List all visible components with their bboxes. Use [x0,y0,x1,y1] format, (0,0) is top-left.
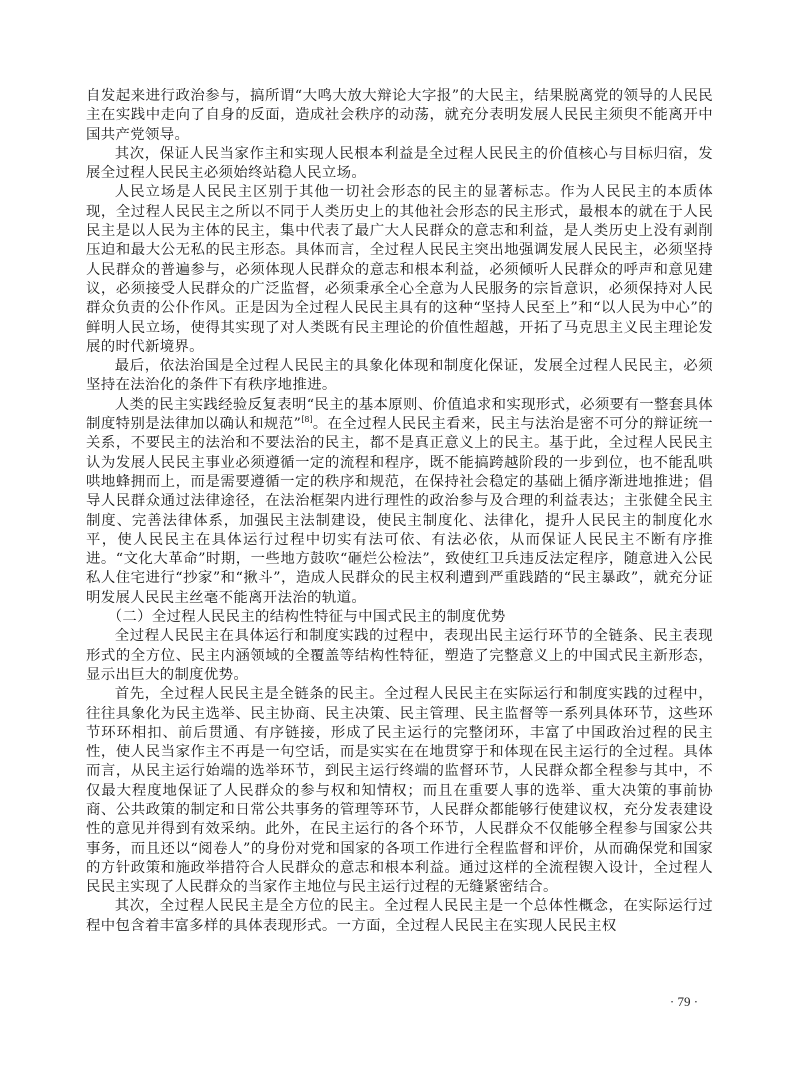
paragraph-value-core: 其次，保证人民当家作主和实现人民根本利益是全过程人民民主的价值核心与目标归宿，发… [86,145,713,184]
section-heading: （二）全过程人民民主的结构性特征与中国式民主的制度优势 [86,608,713,627]
paragraph-full-chain: 首先，全过程人民民主是全链条的民主。全过程人民民主在实际运行和制度实践的过程中，… [86,685,713,897]
paragraph-all-directional: 其次，全过程人民民主是全方位的民主。全过程人民民主是一个总体性概念，在实际运行过… [86,897,713,936]
paragraph-people-stance: 人民立场是人民民主区别于其他一切社会形态的民主的显著标志。作为人民民主的本质体现… [86,183,713,357]
paragraph-democracy-and-law: 人类的民主实践经验反复表明“民主的基本原则、价值追求和实现形式，必须要有一整套具… [86,396,713,608]
document-page: 自发起来进行政治参与，搞所谓“大鸣大放大辩论大字报”的大民主，结果脱离党的领导的… [86,87,713,936]
paragraph-continuation: 自发起来进行政治参与，搞所谓“大鸣大放大辩论大字报”的大民主，结果脱离党的领导的… [86,87,713,145]
page-number: · 79 · [664,994,704,1010]
paragraph-text-after-citation: 。在全过程人民民主看来，民主与法治是密不可分的辩证统一关系，不要民主的法治和不要… [86,416,713,606]
citation-reference[interactable]: [8] [301,415,312,424]
paragraph-rule-of-law: 最后，依法治国是全过程人民民主的具象化体现和制度化保证，发展全过程人民民主，必须… [86,357,713,396]
paragraph-structural-features: 全过程人民民主在具体运行和制度实践的过程中，表现出民主运行环节的全链条、民主表现… [86,627,713,685]
